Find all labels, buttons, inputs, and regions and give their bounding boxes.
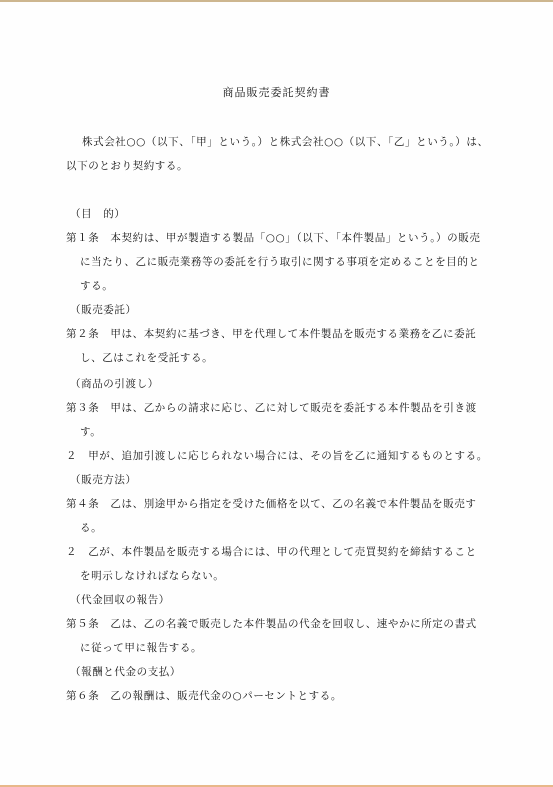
article-4-paragraph-2: を明示しなければならない。	[80, 568, 224, 583]
article-4-line: 第４条 乙は、別途甲から指定を受けた価格を以て、乙の名義で本件製品を販売す	[66, 496, 477, 511]
document-title: 商品販売委託契約書	[0, 84, 553, 100]
preamble-line: 株式会社○○（以下、「甲」という。）と株式会社○○（以下、「乙」という。）は、	[82, 134, 489, 149]
section-heading-collection-report: （代金回収の報告）	[70, 592, 170, 607]
article-2-line: し、乙はこれを受託する。	[80, 350, 213, 365]
article-6-line: 第６条 乙の報酬は、販売代金の○パーセントとする。	[66, 688, 342, 703]
section-heading-compensation: （報酬と代金の支払）	[70, 664, 181, 679]
article-2-line: 第２条 甲は、本契約に基づき、甲を代理して本件製品を販売する業務を乙に委託	[66, 326, 476, 341]
article-4-paragraph-2: ２ 乙が、本件製品を販売する場合には、甲の代理として売買契約を締結すること	[66, 544, 477, 559]
section-heading-sales-consignment: （販売委託）	[70, 302, 137, 317]
article-5-line: に従って甲に報告する。	[80, 640, 202, 655]
article-3-paragraph-2: ２ 甲が、追加引渡しに応じられない場合には、その旨を乙に通知するものとする。	[66, 448, 488, 463]
article-1-line: する。	[80, 278, 113, 293]
section-heading-sales-method: （販売方法）	[70, 472, 137, 487]
article-1-line: に当たり、乙に販売業務等の委託を行う取引に関する事項を定めることを目的と	[80, 254, 480, 269]
section-heading-purpose: （目 的）	[70, 206, 126, 221]
article-3-line: す。	[80, 424, 101, 439]
section-heading-delivery: （商品の引渡し）	[70, 376, 159, 391]
page-top-border	[0, 0, 553, 2]
article-1-line: 第１条 本契約は、甲が製造する製品「○○」（以下、「本件製品」という。）の販売	[66, 230, 480, 245]
article-3-line: 第３条 甲は、乙からの請求に応じ、乙に対して販売を委託する本件製品を引き渡	[66, 400, 477, 415]
article-5-line: 第５条 乙は、乙の名義で販売した本件製品の代金を回収し、速やかに所定の書式	[66, 616, 477, 631]
preamble-line: 以下のとおり契約する。	[66, 158, 188, 173]
article-4-line: る。	[80, 520, 102, 535]
